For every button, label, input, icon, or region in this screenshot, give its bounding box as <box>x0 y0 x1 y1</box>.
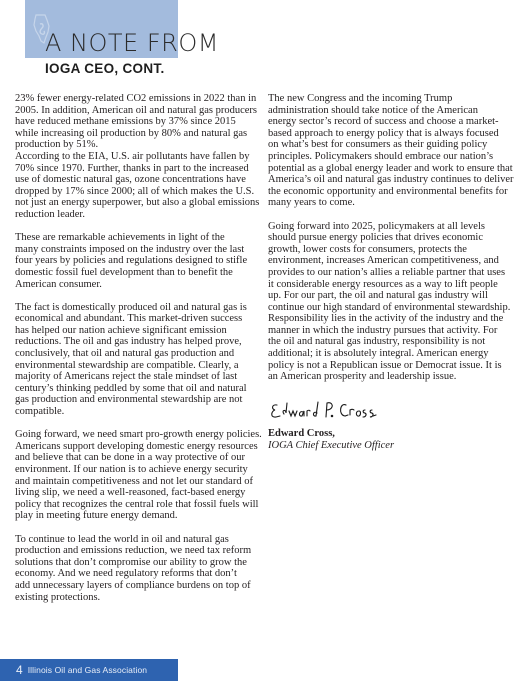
paragraph: These are remarkable achievements in lig… <box>15 232 265 290</box>
left-column: 23% fewer energy-related CO2 emissions i… <box>15 93 265 615</box>
paragraph: The new Congress and the incoming Trump … <box>268 93 523 209</box>
paragraph: The fact is domestically produced oil an… <box>15 302 265 418</box>
paragraph: Going forward, we need smart pro-growth … <box>15 429 265 522</box>
page-footer: 4 Illinois Oil and Gas Association <box>0 659 178 681</box>
signatory-name: Edward Cross, <box>268 428 523 440</box>
page-subtitle: IOGA CEO, CONT. <box>45 62 165 76</box>
signatory-title: IOGA Chief Executive Officer <box>268 440 523 452</box>
footer-organization: Illinois Oil and Gas Association <box>28 665 147 675</box>
page-title: A NOTE FROM <box>45 31 219 55</box>
paragraph: Going forward into 2025, policymakers at… <box>268 221 523 383</box>
paragraph: To continue to lead the world in oil and… <box>15 534 265 604</box>
paragraph: According to the EIA, U.S. air pollutant… <box>15 151 265 221</box>
paragraph: 23% fewer energy-related CO2 emissions i… <box>15 93 265 151</box>
handwritten-signature <box>268 397 380 425</box>
right-column: The new Congress and the incoming Trump … <box>268 93 523 452</box>
page-number: 4 <box>16 663 23 677</box>
